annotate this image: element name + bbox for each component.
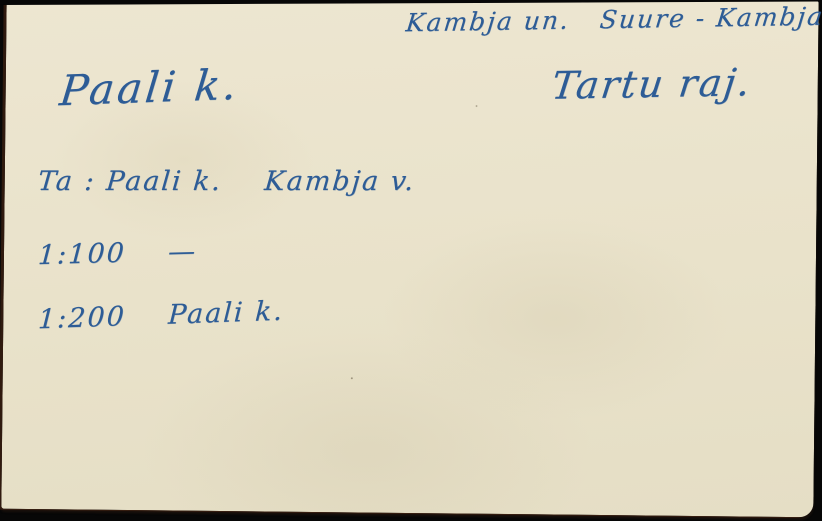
- card-district-name: Tartu raj.: [549, 60, 754, 108]
- card-title-place-name: Paali k.: [57, 60, 242, 115]
- scanned-card-image: Kambja un. Suure - Kambja Paali k. Tartu…: [0, 0, 822, 521]
- scale-line-2: 1:200 Paali k.: [37, 296, 285, 336]
- scale-line-1: 1:100 —: [37, 236, 198, 271]
- handwriting-layer: Kambja un. Suure - Kambja Paali k. Tartu…: [0, 0, 822, 521]
- handwritten-top-note: Kambja un. Suure - Kambja: [404, 2, 822, 38]
- reference-line: Ta : Paali k. Kambja v.: [37, 166, 417, 197]
